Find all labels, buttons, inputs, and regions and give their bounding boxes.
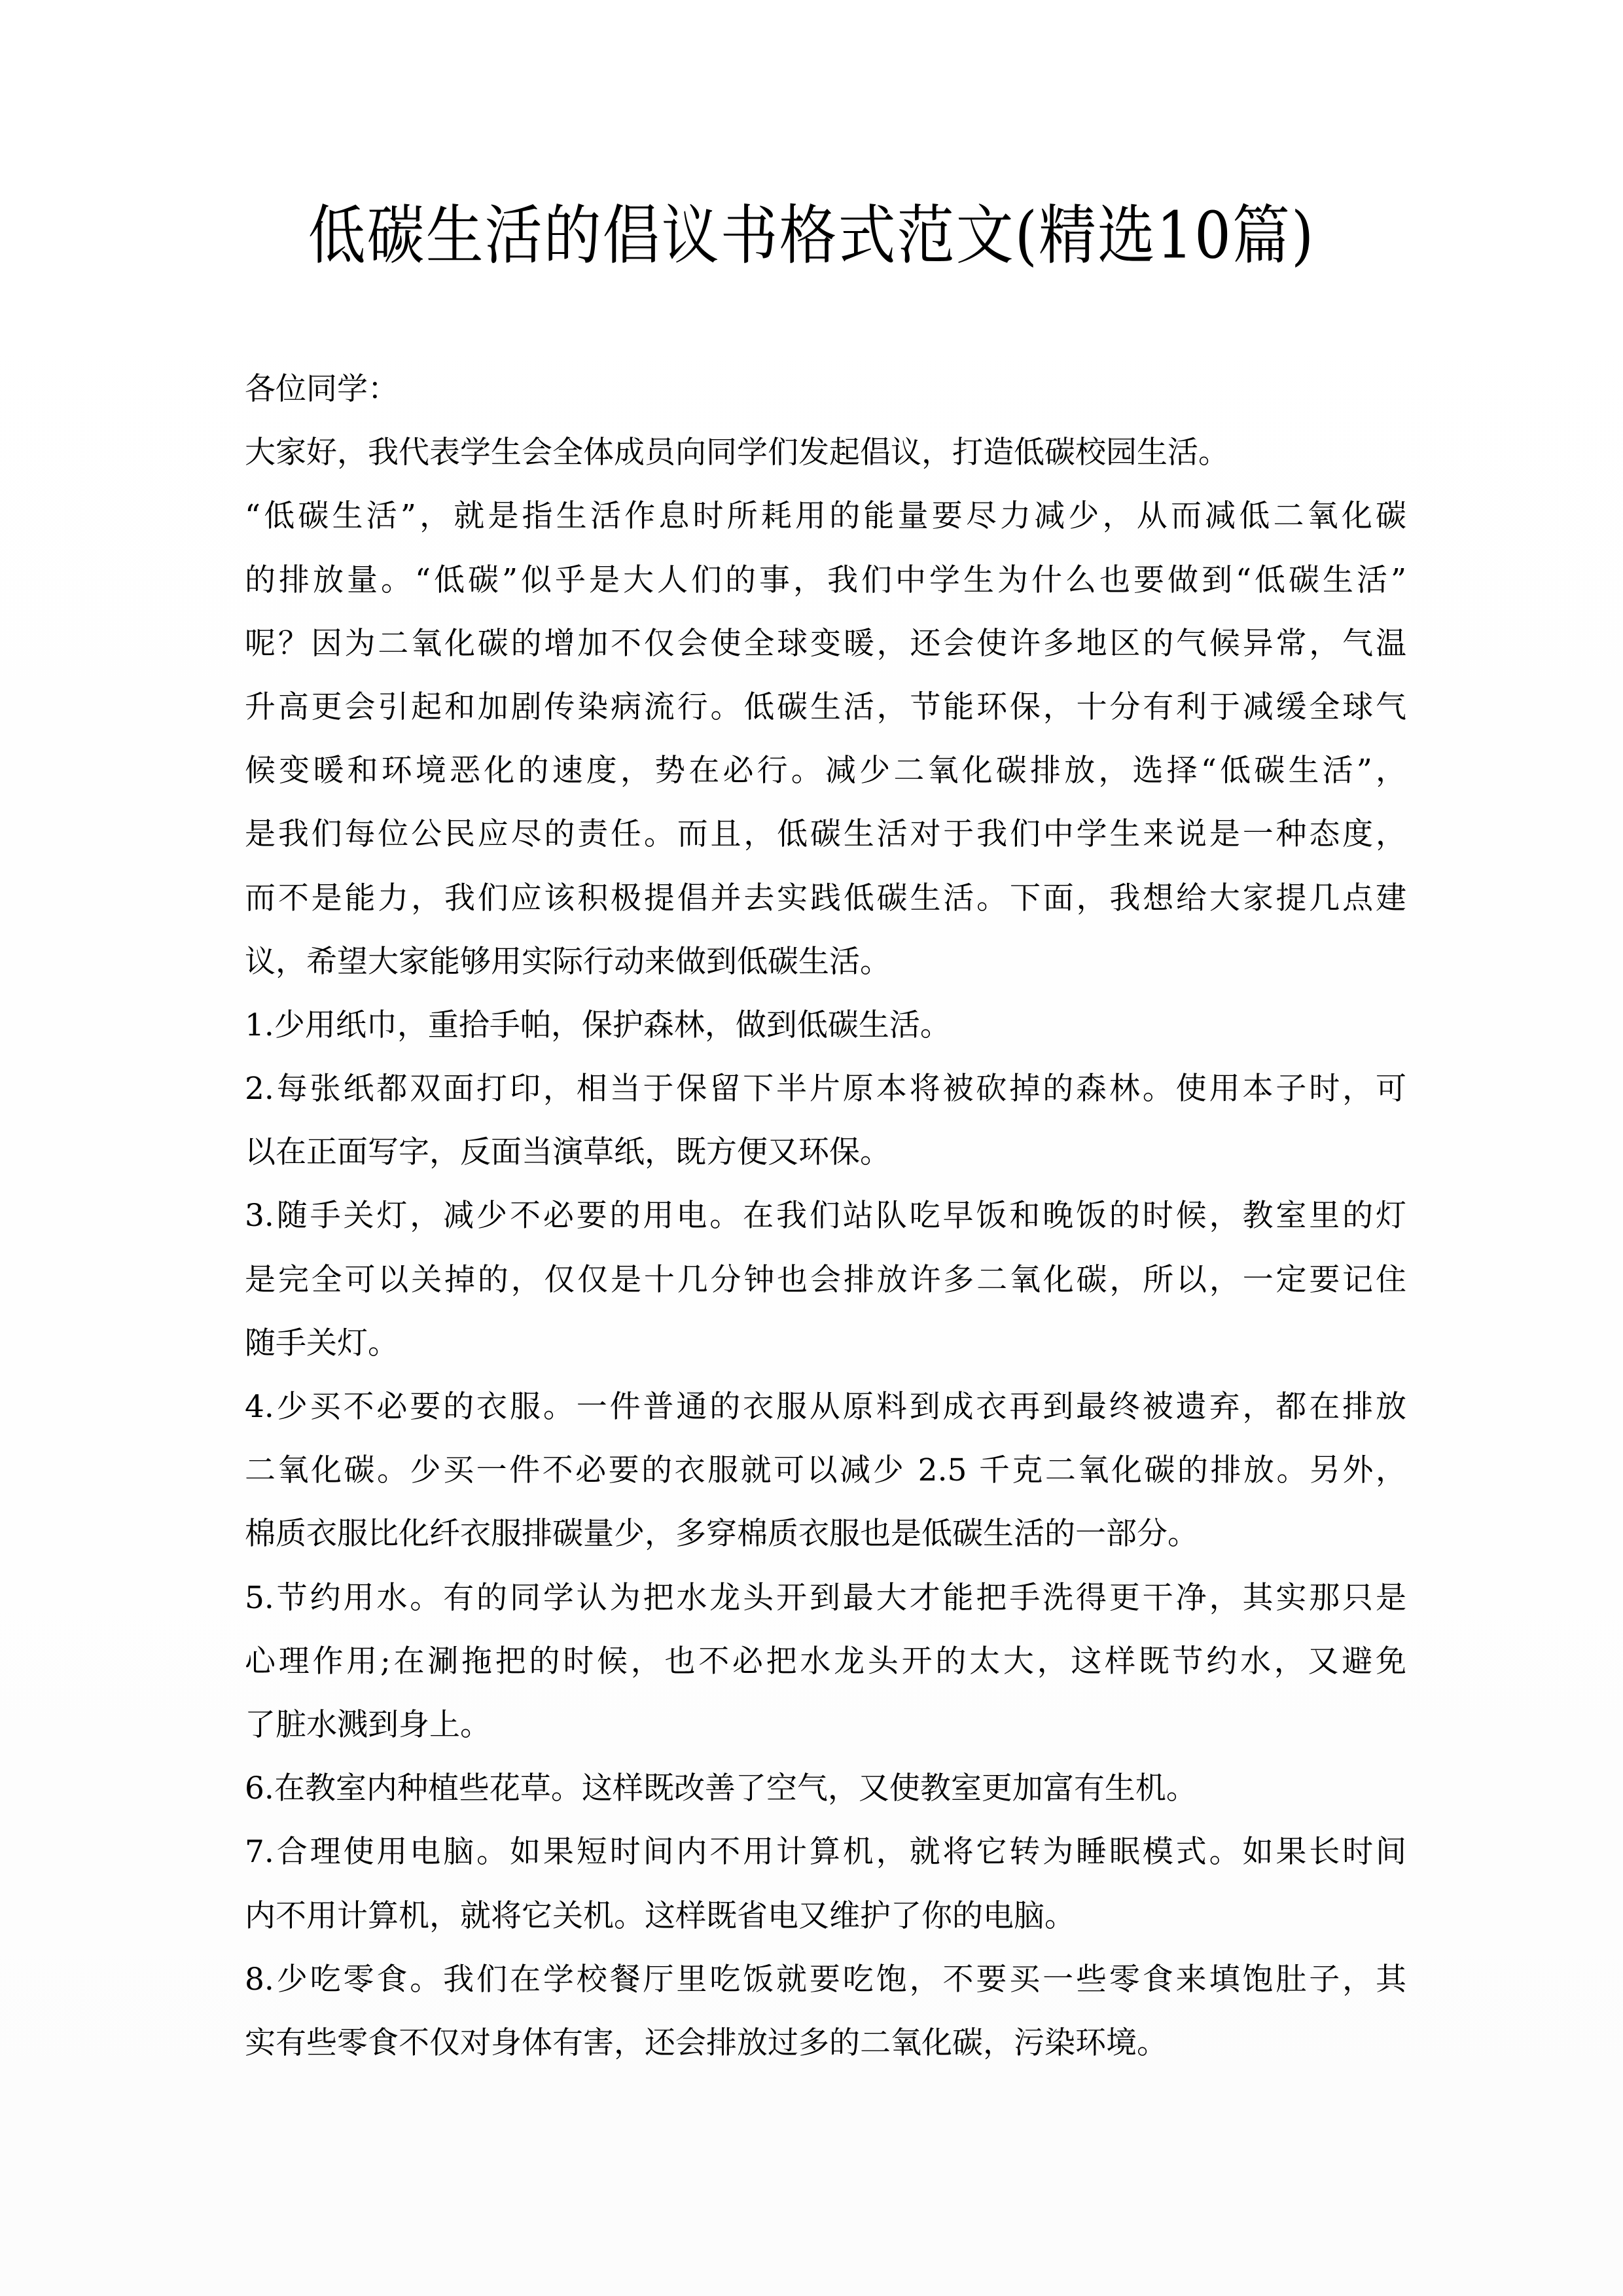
list-item-6: 6.在教室内种植些花草。这样既改善了空气，又使教室更加富有生机。 <box>245 1757 1406 1820</box>
list-item-8: 8.少吃零食。我们在学校餐厅里吃饭就要吃饱，不要买一些零食来填饱肚子，其 实有些… <box>245 1948 1406 2075</box>
text-line: 候变暖和环境恶化的速度，势在必行。减少二氧化碳排放，选择“低碳生活”， <box>245 739 1406 802</box>
list-item-4: 4.少买不必要的衣服。一件普通的衣服从原料到成衣再到最终被遗弃，都在排放 二氧化… <box>245 1375 1406 1566</box>
text-line: 的排放量。“低碳”似乎是大人们的事，我们中学生为什么也要做到“低碳生活” <box>245 548 1406 612</box>
text-line: 是我们每位公民应尽的责任。而且，低碳生活对于我们中学生来说是一种态度， <box>245 802 1406 866</box>
intro-paragraph: 大家好，我代表学生会全体成员向同学们发起倡议，打造低碳校园生活。 <box>245 421 1406 484</box>
text-line: 呢？因为二氧化碳的增加不仅会使全球变暖，还会使许多地区的气候异常，气温 <box>245 612 1406 675</box>
text-line: 棉质衣服比化纤衣服排碳量少，多穿棉质衣服也是低碳生活的一部分。 <box>245 1502 1406 1566</box>
list-item-7: 7.合理使用电脑。如果短时间内不用计算机，就将它转为睡眠模式。如果长时间 内不用… <box>245 1820 1406 1947</box>
text-line: 随手关灯。 <box>245 1312 1406 1375</box>
text-line: 8.少吃零食。我们在学校餐厅里吃饭就要吃饱，不要买一些零食来填饱肚子，其 <box>245 1948 1406 2011</box>
text-line: 6.在教室内种植些花草。这样既改善了空气，又使教室更加富有生机。 <box>245 1757 1406 1820</box>
text-line: 1.少用纸巾，重拾手帕，保护森林，做到低碳生活。 <box>245 994 1406 1057</box>
list-item-1: 1.少用纸巾，重拾手帕，保护森林，做到低碳生活。 <box>245 994 1406 1057</box>
text-line: 了脏水溅到身上。 <box>245 1693 1406 1757</box>
text-line: 议，希望大家能够用实际行动来做到低碳生活。 <box>245 930 1406 994</box>
page-title: 低碳生活的倡议书格式范文(精选10篇) <box>0 192 1623 279</box>
text-line: 二氧化碳。少买一件不必要的衣服就可以减少 2.5 千克二氧化碳的排放。另外， <box>245 1439 1406 1502</box>
text-line: 3.随手关灯，减少不必要的用电。在我们站队吃早饭和晚饭的时候，教室里的灯 <box>245 1184 1406 1247</box>
paragraph-definition: “低碳生活”，就是指生活作息时所耗用的能量要尽力减少，从而减低二氧化碳 的排放量… <box>245 484 1406 994</box>
text-line: 是完全可以关掉的，仅仅是十几分钟也会排放许多二氧化碳，所以，一定要记住 <box>245 1248 1406 1312</box>
text-line: 而不是能力，我们应该积极提倡并去实践低碳生活。下面，我想给大家提几点建 <box>245 867 1406 930</box>
text-line: 升高更会引起和加剧传染病流行。低碳生活，节能环保，十分有利于减缓全球气 <box>245 675 1406 739</box>
text-line: 内不用计算机，就将它关机。这样既省电又维护了你的电脑。 <box>245 1884 1406 1948</box>
document-body: 各位同学： 大家好，我代表学生会全体成员向同学们发起倡议，打造低碳校园生活。 “… <box>245 357 1406 2075</box>
text-line: “低碳生活”，就是指生活作息时所耗用的能量要尽力减少，从而减低二氧化碳 <box>245 484 1406 548</box>
text-line: 以在正面写字，反面当演草纸，既方便又环保。 <box>245 1121 1406 1184</box>
text-line: 实有些零食不仅对身体有害，还会排放过多的二氧化碳，污染环境。 <box>245 2011 1406 2075</box>
salutation: 各位同学： <box>245 357 1406 421</box>
list-item-5: 5.节约用水。有的同学认为把水龙头开到最大才能把手洗得更干净，其实那只是 心理作… <box>245 1566 1406 1757</box>
text-line: 7.合理使用电脑。如果短时间内不用计算机，就将它转为睡眠模式。如果长时间 <box>245 1820 1406 1884</box>
text-line: 2.每张纸都双面打印，相当于保留下半片原本将被砍掉的森林。使用本子时，可 <box>245 1057 1406 1121</box>
text-line: 心理作用;在涮拖把的时候，也不必把水龙头开的太大，这样既节约水，又避免 <box>245 1630 1406 1693</box>
text-line: 5.节约用水。有的同学认为把水龙头开到最大才能把手洗得更干净，其实那只是 <box>245 1566 1406 1630</box>
text-line: 4.少买不必要的衣服。一件普通的衣服从原料到成衣再到最终被遗弃，都在排放 <box>245 1375 1406 1439</box>
list-item-2: 2.每张纸都双面打印，相当于保留下半片原本将被砍掉的森林。使用本子时，可 以在正… <box>245 1057 1406 1184</box>
list-item-3: 3.随手关灯，减少不必要的用电。在我们站队吃早饭和晚饭的时候，教室里的灯 是完全… <box>245 1184 1406 1375</box>
